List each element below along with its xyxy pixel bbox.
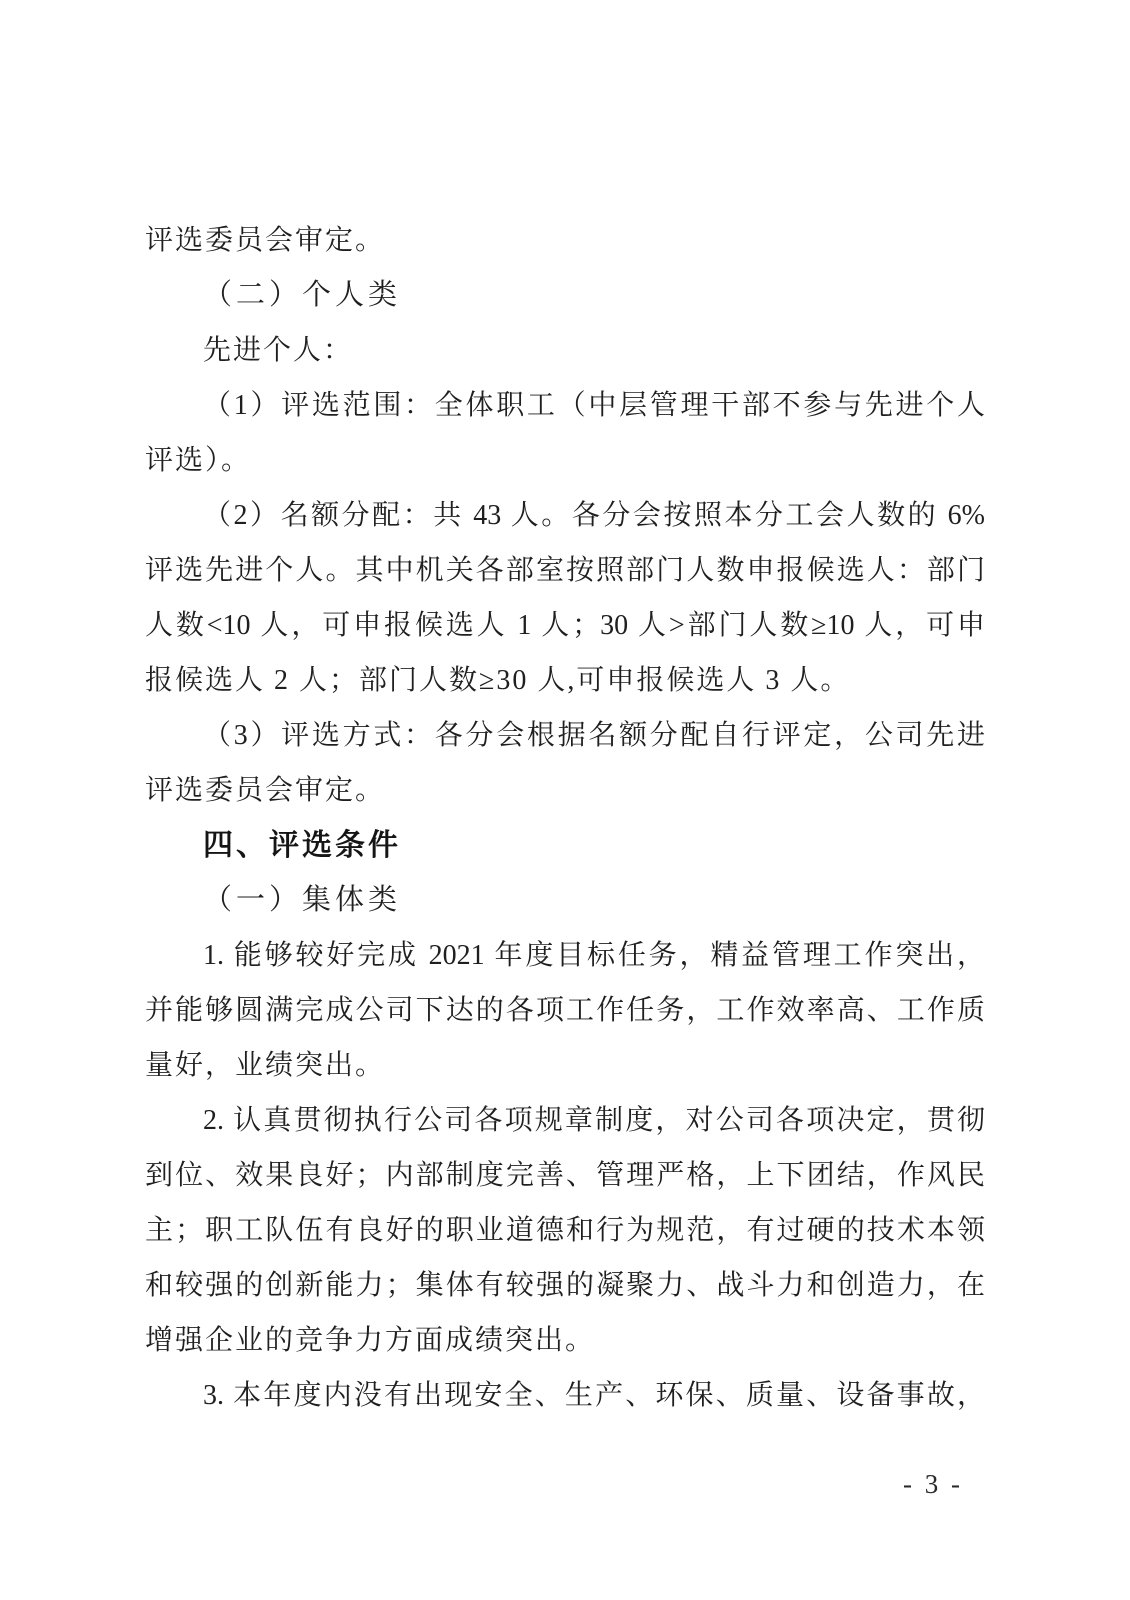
- page-number: - 3 -: [903, 1466, 963, 1502]
- text-line: 2. 认真贯彻执行公司各项规章制度，对公司各项决定，贯彻: [145, 1093, 985, 1148]
- text-line: （3）评选方式：各分会根据名额分配自行评定，公司先进: [145, 708, 985, 763]
- text-line: 并能够圆满完成公司下达的各项工作任务，工作效率高、工作质: [145, 983, 985, 1038]
- text-line: （2）名额分配：共 43 人。各分会按照本分工会人数的 6%: [145, 488, 985, 543]
- text-line: （1）评选范围：全体职工（中层管理干部不参与先进个人: [145, 378, 985, 433]
- text-line: （二）个人类: [145, 268, 985, 323]
- text-line: 评选）。: [145, 433, 985, 488]
- text-line: 到位、效果良好；内部制度完善、管理严格，上下团结，作风民: [145, 1148, 985, 1203]
- text-line: 3. 本年度内没有出现安全、生产、环保、质量、设备事故，: [145, 1368, 985, 1423]
- text-line: 1. 能够较好完成 2021 年度目标任务，精益管理工作突出，: [145, 928, 985, 983]
- text-line: 量好，业绩突出。: [145, 1038, 985, 1093]
- text-line: （一）集体类: [145, 873, 985, 928]
- text-line: 先进个人：: [145, 323, 985, 378]
- text-line: 人数<10 人，可申报候选人 1 人；30 人>部门人数≥10 人，可申: [145, 598, 985, 653]
- text-line: 报候选人 2 人；部门人数≥30 人,可申报候选人 3 人。: [145, 653, 985, 708]
- text-line: 主；职工队伍有良好的职业道德和行为规范，有过硬的技术本领: [145, 1203, 985, 1258]
- document-page: 评选委员会审定。（二）个人类先进个人：（1）评选范围：全体职工（中层管理干部不参…: [0, 0, 1130, 1600]
- text-line: 评选委员会审定。: [145, 213, 985, 268]
- text-line: 增强企业的竞争力方面成绩突出。: [145, 1313, 985, 1368]
- document-body: 评选委员会审定。（二）个人类先进个人：（1）评选范围：全体职工（中层管理干部不参…: [145, 213, 985, 1423]
- text-line: 评选委员会审定。: [145, 763, 985, 818]
- text-line: 四、评选条件: [145, 818, 985, 873]
- text-line: 和较强的创新能力；集体有较强的凝聚力、战斗力和创造力，在: [145, 1258, 985, 1313]
- text-line: 评选先进个人。其中机关各部室按照部门人数申报候选人：部门: [145, 543, 985, 598]
